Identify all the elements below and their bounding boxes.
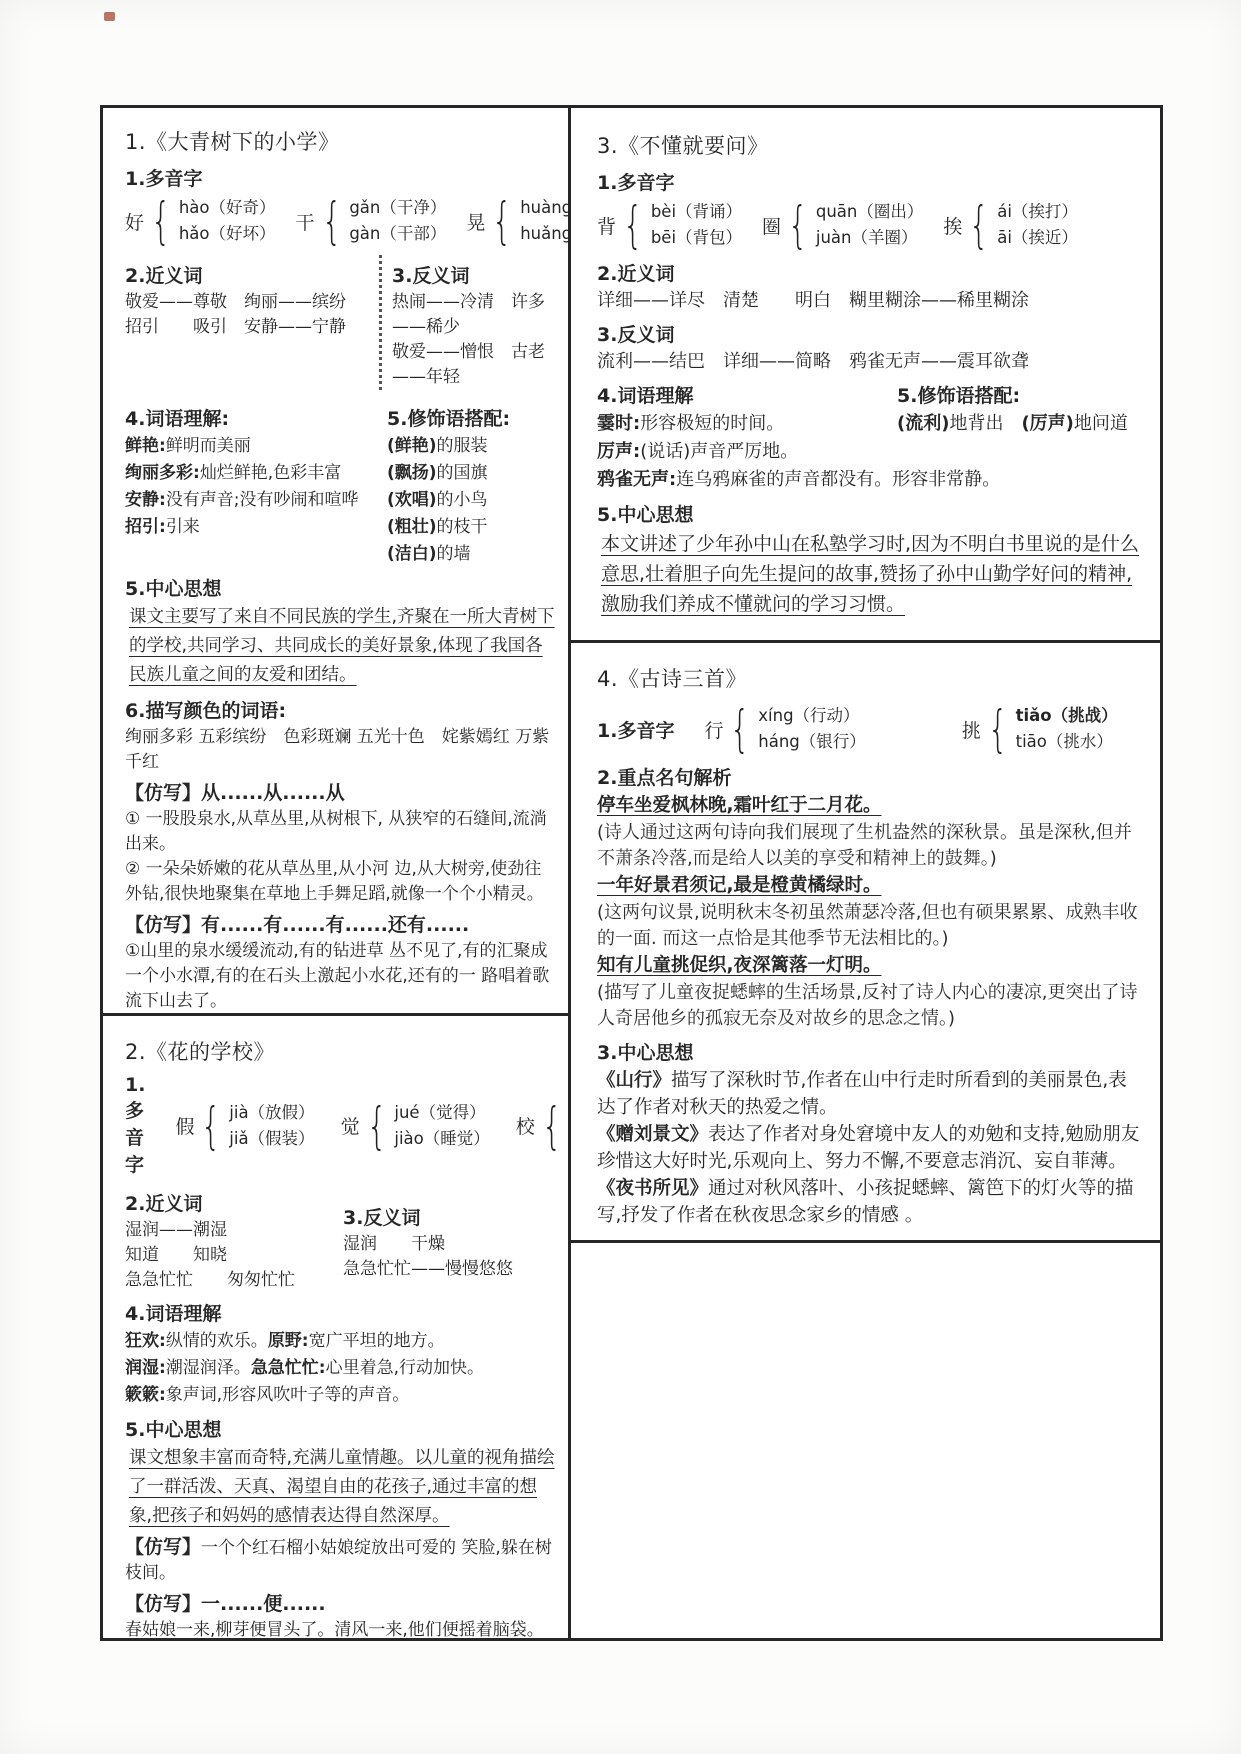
modified: 的服装 (437, 436, 488, 456)
example-sentence: ①山里的泉水缓缓流动,有的钻进草 丛不见了,有的汇聚成一个小水潭,有的在石头上激… (125, 939, 556, 1014)
modified: 地背出 (949, 413, 1003, 434)
polyphone-char: 校 (516, 1112, 535, 1139)
brace-icon (486, 193, 518, 249)
vocab-term: 急急忙忙: (251, 1358, 326, 1378)
poem-summary: 《山行》描写了深秋时节,作者在山中行走时所看到的美丽景色,表达了作者对秋天的热爱… (597, 1067, 1144, 1121)
l2-theme-paragraph: 课文想象丰富而奇特,充满儿童情趣。以儿童的视角描绘了一群活泼、天真、渴望自由的花… (125, 1444, 556, 1531)
lesson-1-cell: 1.《大青树下的小学》 1.多音字 好 hào（好奇） hǎo（好坏） 干 (103, 108, 568, 1016)
modified: 的墙 (437, 544, 471, 564)
l3-mod-heading: 5.修饰语搭配: (897, 381, 1020, 408)
l1-duoyin-heading: 1.多音字 (125, 164, 556, 191)
polyphone-group: 挑 tiǎo（挑战） tiāo（挑水） (962, 701, 1118, 757)
polyphone-readings: huàng（摇晃） huǎng（明晃晃） (520, 195, 568, 247)
reading-top: gǎn（干净） (349, 195, 446, 221)
l2-imitate-b-heading: 【仿写】一......便...... (125, 1590, 556, 1618)
l1-syn-ant-block: 2.近义词 敬爱——尊敬 绚丽——缤纷 招引 吸引 安静——宁静 3.反义词 热… (125, 255, 556, 390)
modifier-item: (洁白)的墙 (387, 541, 556, 568)
reading-top: huàng（摇晃） (520, 195, 568, 221)
brace-icon (536, 1098, 568, 1154)
brace-icon (963, 197, 995, 253)
modifier-item: (飘扬)的国旗 (387, 460, 556, 487)
polyphone-readings: quān（圈出） juàn（羊圈） (816, 199, 924, 251)
vocab-def: 鲜明而美丽 (166, 436, 251, 456)
l1-modifiers: 5.修饰语搭配: (鲜艳)的服装 (飘扬)的国旗 (欢唱)的小鸟 (粗壮)的枝干… (387, 394, 556, 568)
vocab-def: 宽广平坦的地方。 (309, 1331, 445, 1351)
l4-theme-heading: 3.中心思想 (597, 1038, 1144, 1065)
reading-bottom: āi（挨近） (997, 225, 1078, 251)
l2-theme-heading: 5.中心思想 (125, 1415, 556, 1442)
reading-top: bèi（背诵） (651, 199, 742, 225)
vocab-term: 鸦雀无声: (597, 469, 676, 490)
l1-vocab-modifier-block: 4.词语理解: 鲜艳:鲜明而美丽 绚丽多彩:灿烂鲜艳,色彩丰富 安静:没有声音;… (125, 394, 556, 568)
l1-synonyms: 2.近义词 敬爱——尊敬 绚丽——缤纷 招引 吸引 安静——宁静 (125, 255, 377, 390)
vocab-def: 灿烂鲜艳,色彩丰富 (200, 463, 341, 483)
vocab-term: 霎时: (597, 413, 640, 434)
brace-icon (195, 1098, 227, 1154)
polyphone-group: 校 xiào（学校） jiào（校对） (516, 1098, 568, 1154)
vocab-def: 心里着急,行动加快。 (326, 1358, 484, 1378)
l1-imitate-2-heading: 【仿写】有......有......有......还有...... (125, 911, 556, 939)
scan-artifact-mark (104, 12, 115, 21)
vocab-def: 形容极短的时间。 (640, 413, 784, 434)
polyphone-char: 挑 (962, 716, 981, 743)
l3-syn-heading: 2.近义词 (597, 259, 1144, 286)
polyphone-readings: xíng（行动） háng（银行） (758, 703, 866, 755)
poem-line: 一年好景君须记,最是橙黄橘绿时。 (597, 872, 1144, 900)
polyphone-group: 背 bèi（背诵） bēi（背包） (597, 197, 742, 253)
modifier: (流利) (897, 413, 949, 434)
l3-vocab-modifier-headings: 4.词语理解 5.修饰语搭配: (597, 375, 1144, 410)
brace-icon (361, 1098, 393, 1154)
antonym-line: 流利——结巴 详细——简略 鸦雀无声——震耳欲聋 (597, 349, 1144, 375)
l2-duoyin-row: 1.多音字 假 jià（放假） jiǎ（假装） 觉 jué（觉得） (125, 1074, 556, 1177)
modifier: (欢唱) (387, 490, 437, 510)
reading-bottom: juàn（羊圈） (816, 225, 924, 251)
modifier: (粗壮) (387, 517, 437, 537)
scanned-page: 1.《大青树下的小学》 1.多音字 好 hào（好奇） hǎo（好坏） 干 (0, 0, 1241, 1754)
modifier: (鲜艳) (387, 436, 437, 456)
l4-famous-lines-heading: 2.重点名句解析 (597, 763, 1144, 790)
poem-note: (这两句议景,说明秋末冬初虽然萧瑟冷落,但也有硕果累累、成熟丰收的一面. 而这一… (597, 900, 1144, 952)
polyphone-group: 晃 huàng（摇晃） huǎng（明晃晃） (466, 193, 568, 249)
brace-icon (617, 197, 649, 253)
vocab-term: 簌簌: (125, 1385, 166, 1405)
polyphone-char: 好 (125, 208, 144, 235)
vocab-item: 润湿:潮湿润泽。急急忙忙:心里着急,行动加快。 (125, 1355, 556, 1382)
brace-icon (145, 193, 177, 249)
l1-imitate-1-heading: 【仿写】从......从......从 (125, 779, 556, 807)
vocab-def: 引来 (166, 517, 200, 537)
polyphone-char: 圈 (762, 212, 781, 239)
poem-summary: 《夜书所见》通过对秋风落叶、小孩捉蟋蟀、篱笆下的灯火等的描写,抒发了作者在秋夜思… (597, 1175, 1144, 1229)
poem-note: (描写了儿童夜捉蟋蟀的生活场景,反衬了诗人内心的凄凉,更突出了诗人奇居他乡的孤寂… (597, 980, 1144, 1032)
lesson-1-title: 1.《大青树下的小学》 (125, 126, 556, 156)
l1-syn-heading: 2.近义词 (125, 261, 377, 288)
vocab-term: 原野: (268, 1331, 309, 1351)
l4-duoyin-heading: 1.多音字 (597, 716, 674, 743)
polyphone-readings: hào（好奇） hǎo（好坏） (179, 195, 276, 247)
poem-title: 《赠刘景文》 (597, 1124, 708, 1145)
l1-antonyms: 3.反义词 热闹——冷清 许多——稀少 敬爱——憎恨 古老——年轻 (392, 255, 556, 390)
example-sentence: ② 一朵朵娇嫩的花从草丛里,从小河 边,从大树旁,使劲往外钻,很快地聚集在草地上… (125, 857, 556, 907)
polyphone-readings: jià（放假） jiǎ（假装） (229, 1100, 314, 1152)
antonym-line: 敬爱——憎恨 古老——年轻 (392, 340, 556, 390)
reading-top: jià（放假） (229, 1100, 314, 1126)
polyphone-char: 觉 (341, 1112, 360, 1139)
lesson-2-title: 2.《花的学校》 (125, 1036, 556, 1066)
l1-theme-heading: 5.中心思想 (125, 574, 556, 601)
lesson-4-title: 4.《古诗三首》 (597, 663, 1144, 693)
l2-antonyms: 3.反义词 湿润 干燥 急急忙忙——慢慢悠悠 (343, 1183, 556, 1293)
vocab-item: 招引:引来 (125, 514, 387, 541)
l1-duoyin-row: 好 hào（好奇） hǎo（好坏） 干 gǎn（干净） gàn（干部） (125, 193, 556, 249)
l3-theme-heading: 5.中心思想 (597, 500, 1144, 527)
l1-mod-heading: 5.修饰语搭配: (387, 404, 556, 431)
polyphone-readings: jué（觉得） jiào（睡觉） (394, 1100, 489, 1152)
reading-bottom: hǎo（好坏） (179, 221, 276, 247)
modifier-item: (鲜艳)的服装 (387, 433, 556, 460)
poem-summary: 《赠刘景文》表达了作者对身处窘境中友人的劝勉和支持,勉励朋友珍惜这大好时光,乐观… (597, 1121, 1144, 1175)
poem-line: 知有儿童挑促织,夜深篱落一灯明。 (597, 952, 1144, 980)
imitate-tag: 【仿写】 (125, 1536, 201, 1558)
example-sentence: ① 一股股泉水,从草丛里,从树根下, 从狭窄的石缝间,流淌出来。 (125, 807, 556, 857)
modified: 地问道 (1074, 413, 1128, 434)
modifier-item: (欢唱)的小鸟 (387, 487, 556, 514)
l2-duoyin-heading: 1.多音字 (125, 1074, 145, 1177)
l3-theme-paragraph: 本文讲述了少年孙中山在私塾学习时,因为不明白书里说的是什么意思,壮着胆子向先生提… (597, 529, 1144, 619)
poem-title: 《夜书所见》 (597, 1178, 708, 1199)
polyphone-readings: tiǎo（挑战） tiāo（挑水） (1016, 703, 1118, 755)
lesson-3-cell: 3.《不懂就要问》 1.多音字 背 bèi（背诵） bēi（背包） 圈 (571, 108, 1160, 643)
reading-bottom: háng（银行） (758, 729, 866, 755)
vocab-item: 簌簌:象声词,形容风吹叶子等的声音。 (125, 1382, 556, 1409)
polyphone-group: 假 jià（放假） jiǎ（假装） (175, 1098, 314, 1154)
synonym-line: 知道 知晓 (125, 1243, 343, 1268)
vocab-term: 润湿: (125, 1358, 166, 1378)
reading-top: tiǎo（挑战） (1016, 703, 1118, 729)
antonym-line: 湿润 干燥 (343, 1232, 556, 1257)
synonym-line: 湿润——潮湿 (125, 1218, 343, 1243)
vocab-def: 潮湿润泽。 (166, 1358, 251, 1378)
l3-duoyin-heading: 1.多音字 (597, 168, 1144, 195)
polyphone-char: 晃 (466, 208, 485, 235)
modified: 的小鸟 (437, 490, 488, 510)
reading-bottom: tiāo（挑水） (1016, 729, 1118, 755)
l2-vocab-heading: 4.词语理解 (125, 1299, 556, 1326)
l2-syn-ant-block: 2.近义词 湿润——潮湿 知道 知晓 急急忙忙 匆匆忙忙 3.反义词 湿润 干燥… (125, 1183, 556, 1293)
modifier: (飘扬) (387, 463, 437, 483)
synonym-line: 详细——详尽 清楚 明白 糊里糊涂——稀里糊涂 (597, 288, 1144, 314)
poem-line: 停车坐爱枫林晚,霜叶红于二月花。 (597, 792, 1144, 820)
l2-syn-heading: 2.近义词 (125, 1189, 343, 1216)
synonym-line: 急急忙忙 匆匆忙忙 (125, 1268, 343, 1293)
reading-bottom: bēi（背包） (651, 225, 742, 251)
l1-vocab-heading: 4.词语理解: (125, 404, 387, 431)
antonym-line: 急急忙忙——慢慢悠悠 (343, 1257, 556, 1282)
vocab-term: 狂欢: (125, 1331, 166, 1351)
poem-title: 《山行》 (597, 1070, 671, 1091)
reading-top: ái（挨打） (997, 199, 1078, 225)
polyphone-readings: gǎn（干净） gàn（干部） (349, 195, 446, 247)
empty-cell (571, 1243, 1160, 1638)
modifier: (厉声) (1021, 413, 1073, 434)
polyphone-readings: bèi（背诵） bēi（背包） (651, 199, 742, 251)
brace-icon (982, 701, 1014, 757)
vocab-def: (说话)声音严厉地。 (640, 441, 798, 462)
vocab-term: 鲜艳: (125, 436, 166, 456)
polyphone-group: 挨 ái（挨打） āi（挨近） (943, 197, 1078, 253)
polyphone-group: 觉 jué（觉得） jiào（睡觉） (341, 1098, 490, 1154)
vocab-item: 狂欢:纵情的欢乐。原野:宽广平坦的地方。 (125, 1328, 556, 1355)
polyphone-readings: ái（挨打） āi（挨近） (997, 199, 1078, 251)
lesson-4-cell: 4.《古诗三首》 1.多音字 行 xíng（行动） háng（银行） 挑 (571, 643, 1160, 1243)
l1-theme-paragraph: 课文主要写了来自不同民族的学生,齐聚在一所大青树下的学校,共同学习、共同成长的美… (125, 603, 556, 690)
reading-bottom: jiǎ（假装） (229, 1126, 314, 1152)
l1-color-words-heading: 6.描写颜色的词语: (125, 696, 556, 723)
vocab-def: 纵情的欢乐。 (166, 1331, 268, 1351)
polyphone-group: 干 gǎn（干净） gàn（干部） (296, 193, 447, 249)
l2-ant-heading: 3.反义词 (343, 1203, 556, 1230)
brace-icon (316, 193, 348, 249)
notes-table: 1.《大青树下的小学》 1.多音字 好 hào（好奇） hǎo（好坏） 干 (100, 105, 1163, 1641)
l1-color-words: 绚丽多彩 五彩缤纷 色彩斑斓 五光十色 姹紫嫣红 万紫千红 (125, 725, 556, 775)
imitate-line: 【仿写】一个个红石榴小姑娘绽放出可爱的 笑脸,躲在树枝间。 (125, 1533, 556, 1586)
vocab-item: 霎时:形容极短的时间。 (597, 410, 897, 438)
polyphone-char: 干 (296, 208, 315, 235)
brace-icon (724, 701, 756, 757)
modifier-item: (粗壮)的枝干 (387, 514, 556, 541)
vocab-item: 鸦雀无声:连乌鸦麻雀的声音都没有。形容非常静。 (597, 466, 1144, 494)
reading-bottom: jiào（睡觉） (394, 1126, 489, 1152)
l3-vocab-modifier-row: 霎时:形容极短的时间。 (流利)地背出 (厉声)地问道 (597, 410, 1144, 438)
reading-top: jué（觉得） (394, 1100, 489, 1126)
vocab-term: 厉声: (597, 441, 640, 462)
lesson-2-cell: 2.《花的学校》 1.多音字 假 jià（放假） jiǎ（假装） 觉 (103, 1016, 568, 1638)
l1-vocab: 4.词语理解: 鲜艳:鲜明而美丽 绚丽多彩:灿烂鲜艳,色彩丰富 安静:没有声音;… (125, 394, 387, 568)
poem-summary-text: 描写了深秋时节,作者在山中行走时所看到的美丽景色,表达了作者对秋天的热爱之情。 (597, 1070, 1127, 1118)
polyphone-char: 行 (704, 716, 723, 743)
polyphone-char: 背 (597, 212, 616, 239)
polyphone-group: 行 xíng（行动） háng（银行） (704, 701, 865, 757)
brace-icon (782, 197, 814, 253)
modifier-item: (流利)地背出 (厉声)地问道 (897, 410, 1128, 438)
reading-top: hào（好奇） (179, 195, 276, 221)
right-column: 3.《不懂就要问》 1.多音字 背 bèi（背诵） bēi（背包） 圈 (571, 108, 1160, 1638)
vocab-term: 招引: (125, 517, 166, 537)
l3-duoyin-row: 背 bèi（背诵） bēi（背包） 圈 quān（圈出） juàn（羊圈） (597, 197, 1144, 253)
reading-bottom: huǎng（明晃晃） (520, 221, 568, 247)
l4-duoyin-row: 1.多音字 行 xíng（行动） háng（银行） 挑 tiǎo（挑战） (597, 701, 1144, 757)
dotted-divider (379, 255, 382, 390)
vocab-item: 安静:没有声音;没有吵闹和喧哗 (125, 487, 387, 514)
poem-note: (诗人通过这两句诗向我们展现了生机盎然的深秋景。虽是深秋,但并不萧条冷落,而是给… (597, 820, 1144, 872)
polyphone-char: 挨 (943, 212, 962, 239)
left-column: 1.《大青树下的小学》 1.多音字 好 hào（好奇） hǎo（好坏） 干 (103, 108, 571, 1638)
reading-top: xíng（行动） (758, 703, 866, 729)
l2-synonyms: 2.近义词 湿润——潮湿 知道 知晓 急急忙忙 匆匆忙忙 (125, 1183, 343, 1293)
l3-ant-heading: 3.反义词 (597, 320, 1144, 347)
vocab-def: 连乌鸦麻雀的声音都没有。形容非常静。 (676, 469, 1000, 490)
vocab-item: 鲜艳:鲜明而美丽 (125, 433, 387, 460)
l3-vocab-heading: 4.词语理解 (597, 381, 897, 408)
modified: 的枝干 (437, 517, 488, 537)
reading-bottom: gàn（干部） (349, 221, 446, 247)
modifier: (洁白) (387, 544, 437, 564)
synonym-line: 敬爱——尊敬 绚丽——缤纷 (125, 290, 377, 315)
polyphone-group: 圈 quān（圈出） juàn（羊圈） (762, 197, 923, 253)
modified: 的国旗 (437, 463, 488, 483)
reading-top: quān（圈出） (816, 199, 924, 225)
antonym-line: 热闹——冷清 许多——稀少 (392, 290, 556, 340)
vocab-def: 象声词,形容风吹叶子等的声音。 (166, 1385, 409, 1405)
lesson-3-title: 3.《不懂就要问》 (597, 130, 1144, 160)
l1-ant-heading: 3.反义词 (392, 261, 556, 288)
vocab-term: 安静: (125, 490, 166, 510)
polyphone-char: 假 (175, 1112, 194, 1139)
vocab-item: 厉声:(说话)声音严厉地。 (597, 438, 1144, 466)
example-sentence: 春姑娘一来,柳芽便冒头了。清风一来,他们便摇着脑袋。 (125, 1618, 556, 1638)
synonym-line: 招引 吸引 安静——宁静 (125, 315, 377, 340)
vocab-item: 绚丽多彩:灿烂鲜艳,色彩丰富 (125, 460, 387, 487)
polyphone-group: 好 hào（好奇） hǎo（好坏） (125, 193, 276, 249)
vocab-def: 没有声音;没有吵闹和喧哗 (166, 490, 359, 510)
vocab-term: 绚丽多彩: (125, 463, 200, 483)
